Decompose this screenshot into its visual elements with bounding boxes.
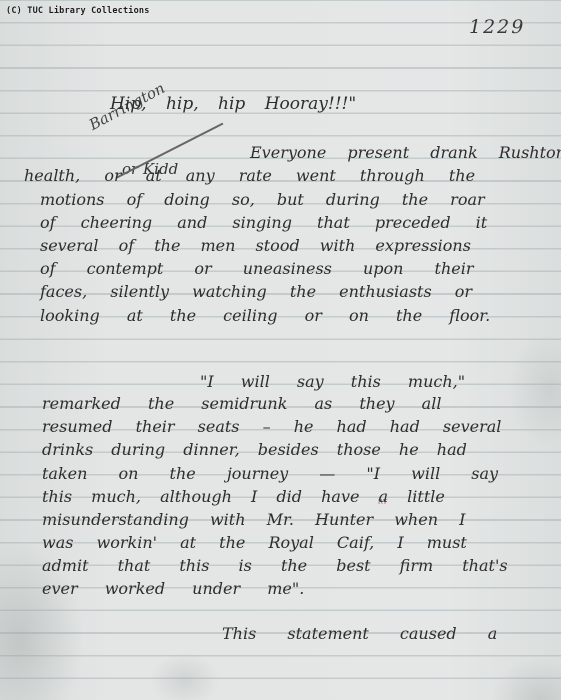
manuscript-line: misunderstanding with Mr. Hunter when I	[42, 510, 465, 529]
manuscript-line: looking at the ceiling or on the floor.	[40, 306, 490, 325]
manuscript-line: was workin' at the Royal Caif, I must	[42, 533, 467, 552]
manuscript-line: drinks during dinner, besides those he h…	[42, 440, 467, 459]
manuscript-line: remarked the semidrunk as they all	[42, 394, 441, 413]
manuscript-line: of cheering and singing that preceded it	[40, 213, 487, 232]
manuscript-line: This statement caused a	[222, 624, 497, 643]
manuscript-line: several of the men stood with expression…	[40, 236, 471, 255]
manuscript-line: resumed their seats – he had had several	[42, 417, 501, 436]
manuscript-line: ever worked under me".	[42, 579, 304, 598]
manuscript-line: "I will say this much,"	[200, 372, 465, 391]
manuscript-line: taken on the journey — "I will say	[42, 464, 498, 483]
manuscript-line: of contempt or uneasiness upon their	[40, 259, 474, 278]
manuscript-line: this much, although I did have a little	[42, 487, 445, 506]
manuscript-line: motions of doing so, but during the roar	[40, 190, 485, 209]
copyright-watermark: (C) TUC Library Collections	[6, 6, 150, 16]
manuscript-line: faces, silently watching the enthusiasts…	[40, 282, 472, 301]
manuscript-page: (C) TUC Library Collections 1229 Barring…	[0, 0, 561, 700]
manuscript-line: health, or at any rate went through the	[24, 166, 544, 185]
manuscript-line: Hip, hip, hip Hooray!!!"	[110, 94, 356, 114]
manuscript-line: admit that this is the best firm that's	[42, 556, 508, 575]
folio-number: 1229	[469, 16, 525, 38]
manuscript-line: Everyone present drank Rushton's	[250, 143, 561, 162]
